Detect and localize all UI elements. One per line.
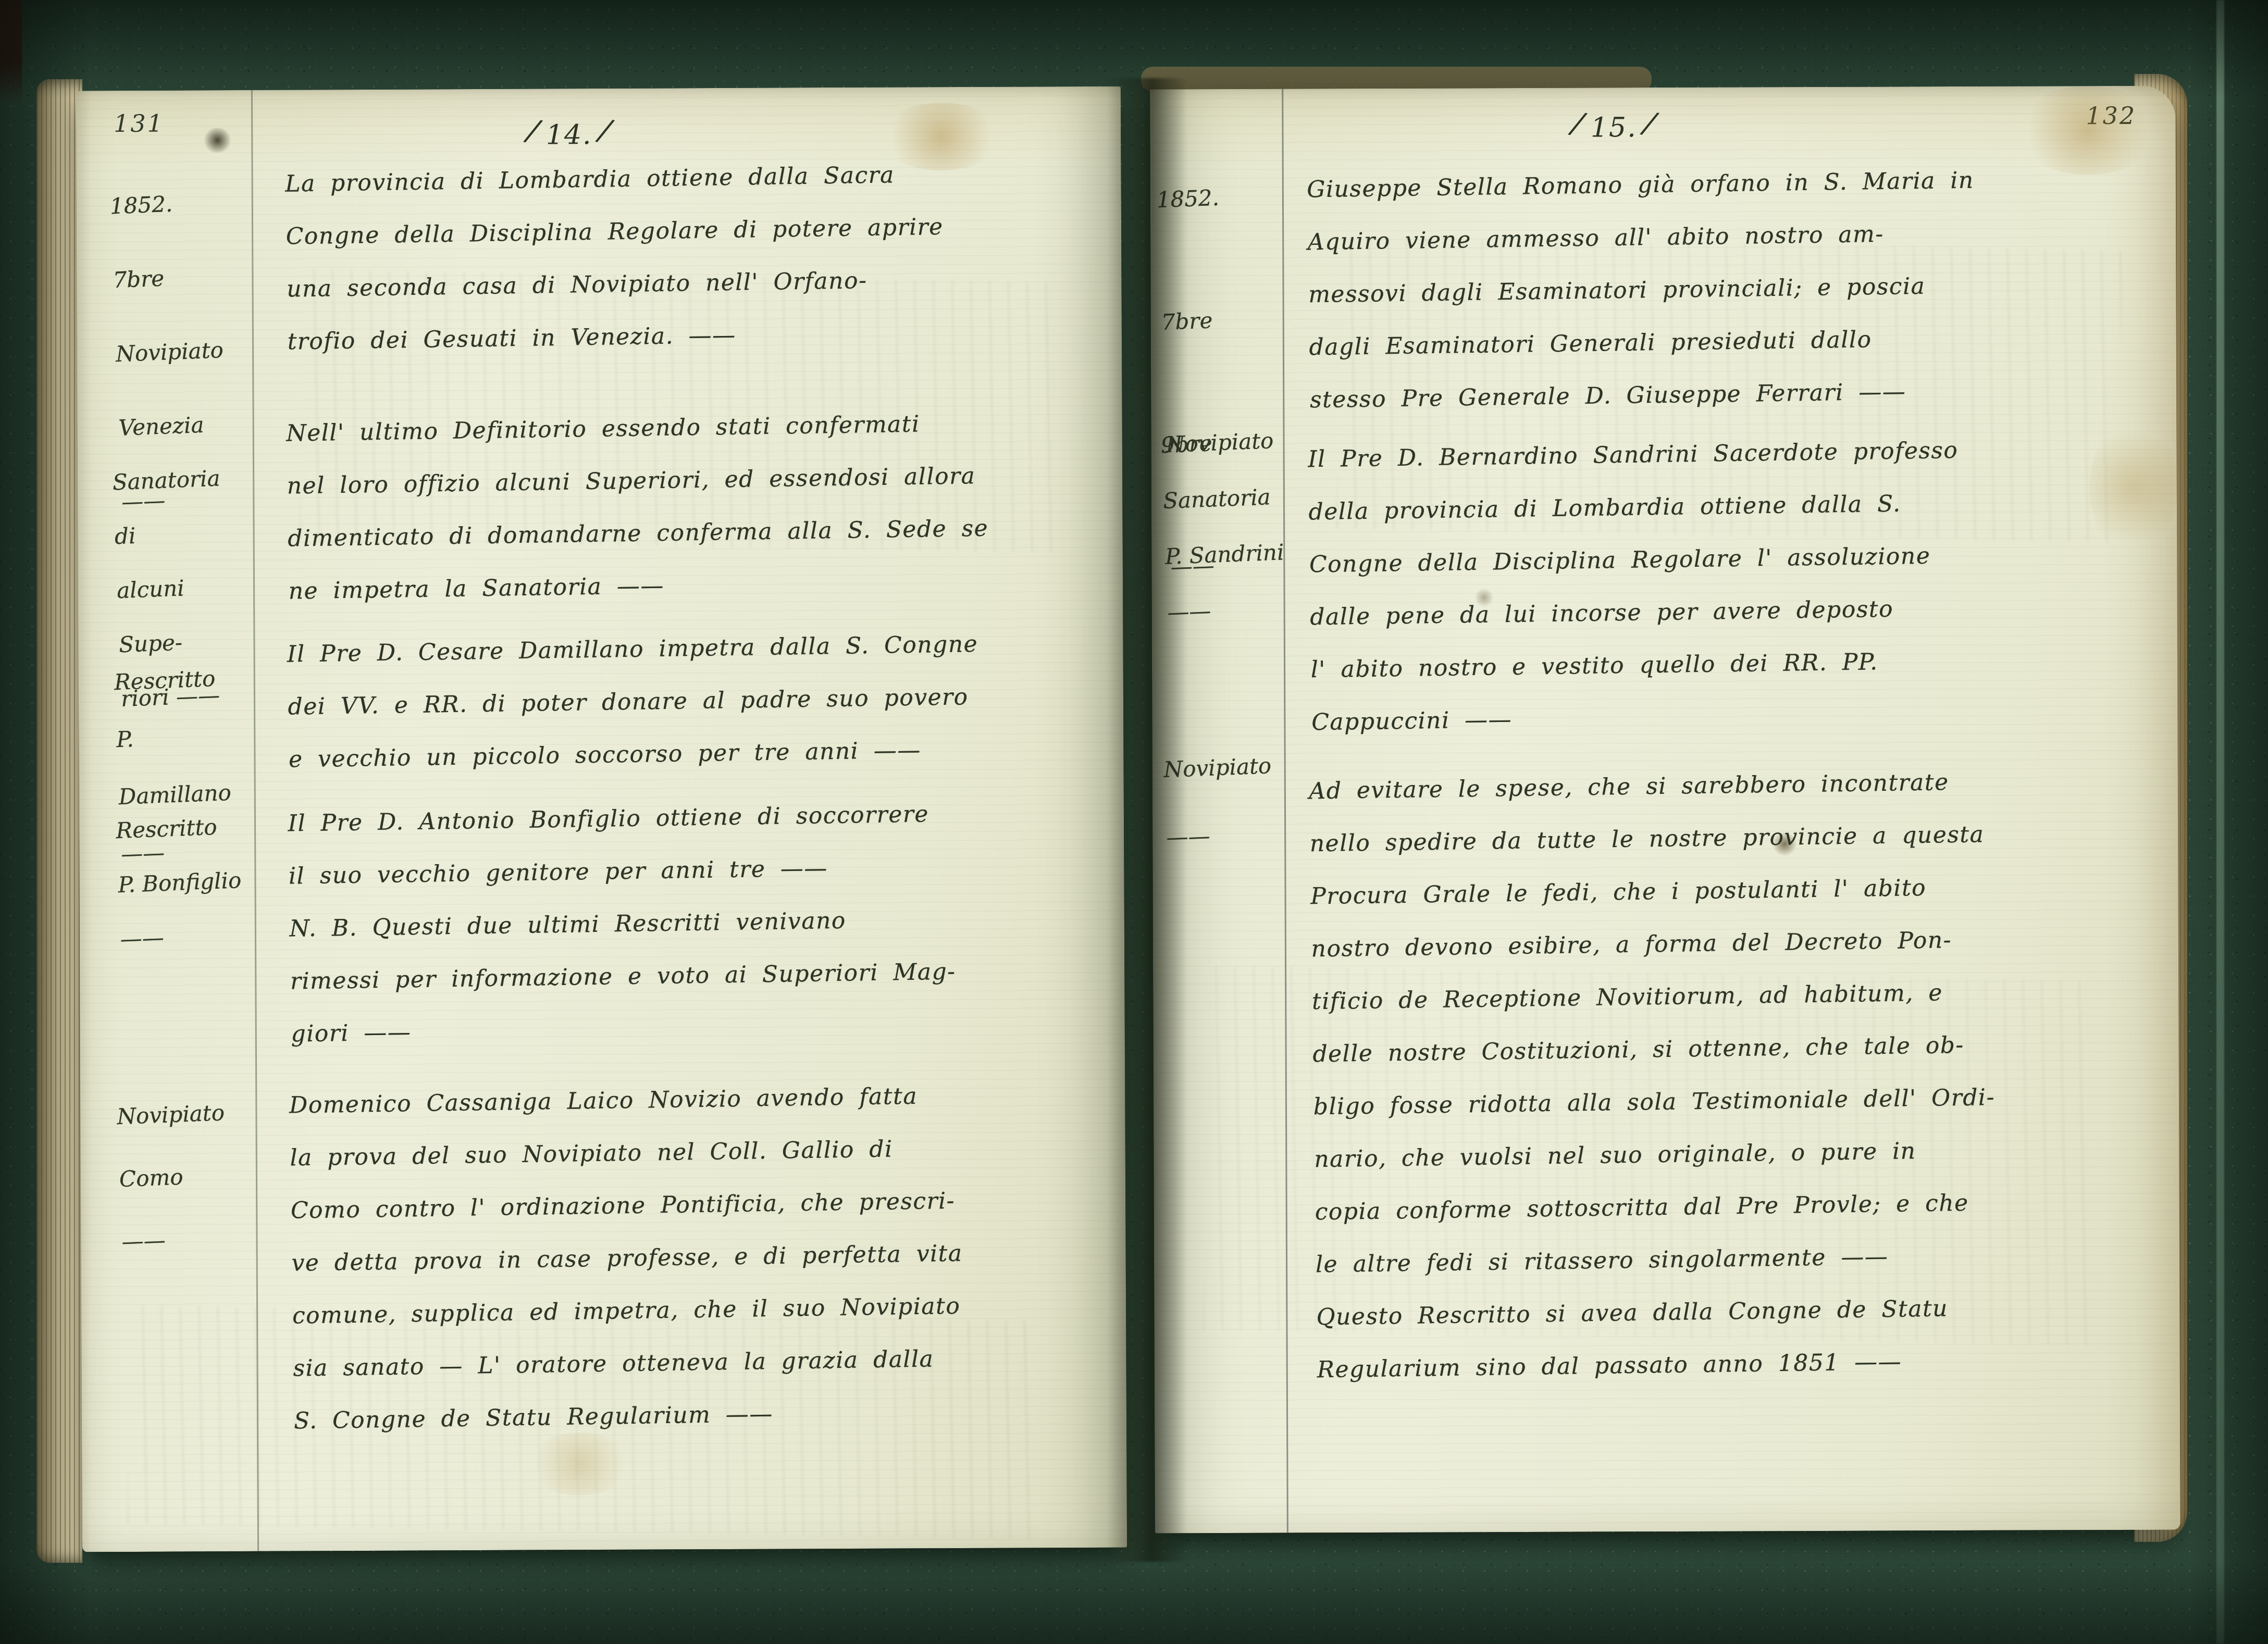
register-entry: Rescritto P. Damillano —— Il Pre D. Cesa… [78, 625, 1123, 787]
register-entry: Novipiato —— Ad evitare le spese, che si… [1152, 762, 2180, 1397]
photo-background: 131 /14./ 1852. 7bre Novipiato Venezia —… [0, 0, 2268, 1644]
entry-text: La provincia di Lombardia ottiene dalla … [284, 145, 1103, 368]
entry-margin-note: Rescritto P. Bonfiglio —— [77, 799, 255, 968]
ink-blot [202, 128, 232, 153]
book-gutter-shadow [1108, 78, 1187, 1562]
register-entry: Novipiato Como —— Domenico Cassaniga Lai… [80, 1076, 1126, 1449]
header-flourish: / [589, 110, 622, 151]
scanner-light-strip [2216, 0, 2224, 1644]
entry-text: Nell' ultimo Definitorio essendo stati c… [286, 395, 1105, 617]
entry-text: Il Pre D. Bernardino Sandrini Sacerdote … [1307, 421, 2149, 749]
register-entry: 1852. 7bre Novipiato —— Giuseppe Stella … [1150, 160, 2177, 427]
left-page-entries: 1852. 7bre Novipiato Venezia —— La provi… [76, 154, 1126, 1449]
right-page: 132 /15./ 1852. 7bre Novipiato —— Giusep… [1150, 86, 2180, 1534]
register-entry: 1852. 7bre Novipiato Venezia —— La provi… [76, 154, 1122, 369]
page-header-number-left: 14. [546, 119, 592, 151]
entry-text: Il Pre D. Cesare Damillano impetra dalla… [287, 616, 1104, 786]
register-entry: 9bre Sanatoria P. Sandrini —— Il Pre D. … [1151, 430, 2177, 750]
folio-number-left: 131 [114, 109, 164, 138]
left-page: 131 /14./ 1852. 7bre Novipiato Venezia —… [76, 86, 1127, 1552]
register-entry: Sanatoria di alcuni Supe- riori —— Nell'… [78, 404, 1123, 619]
header-flourish: / [517, 110, 550, 151]
entry-text: Domenico Cassaniga Laico Novizio avendo … [289, 1067, 1109, 1447]
book-cover-corner [0, 0, 22, 104]
right-page-entries: 1852. 7bre Novipiato —— Giuseppe Stella … [1150, 86, 2180, 1397]
register-entry: Rescritto P. Bonfiglio —— Il Pre D. Anto… [79, 794, 1125, 1062]
manuscript-scan: { "deco": { "slash": "/" }, "colors": { … [0, 0, 2268, 1644]
page-header-left: /14./ [520, 116, 618, 152]
entry-text: Ad evitare le spese, che si sarebbero in… [1309, 753, 2155, 1396]
entry-text: Il Pre D. Antonio Bonfiglio ottiene di s… [288, 785, 1107, 1060]
entry-text: Giuseppe Stella Romano già orfano in S. … [1307, 152, 2148, 426]
entry-margin-note: Novipiato Como —— [77, 1080, 256, 1275]
